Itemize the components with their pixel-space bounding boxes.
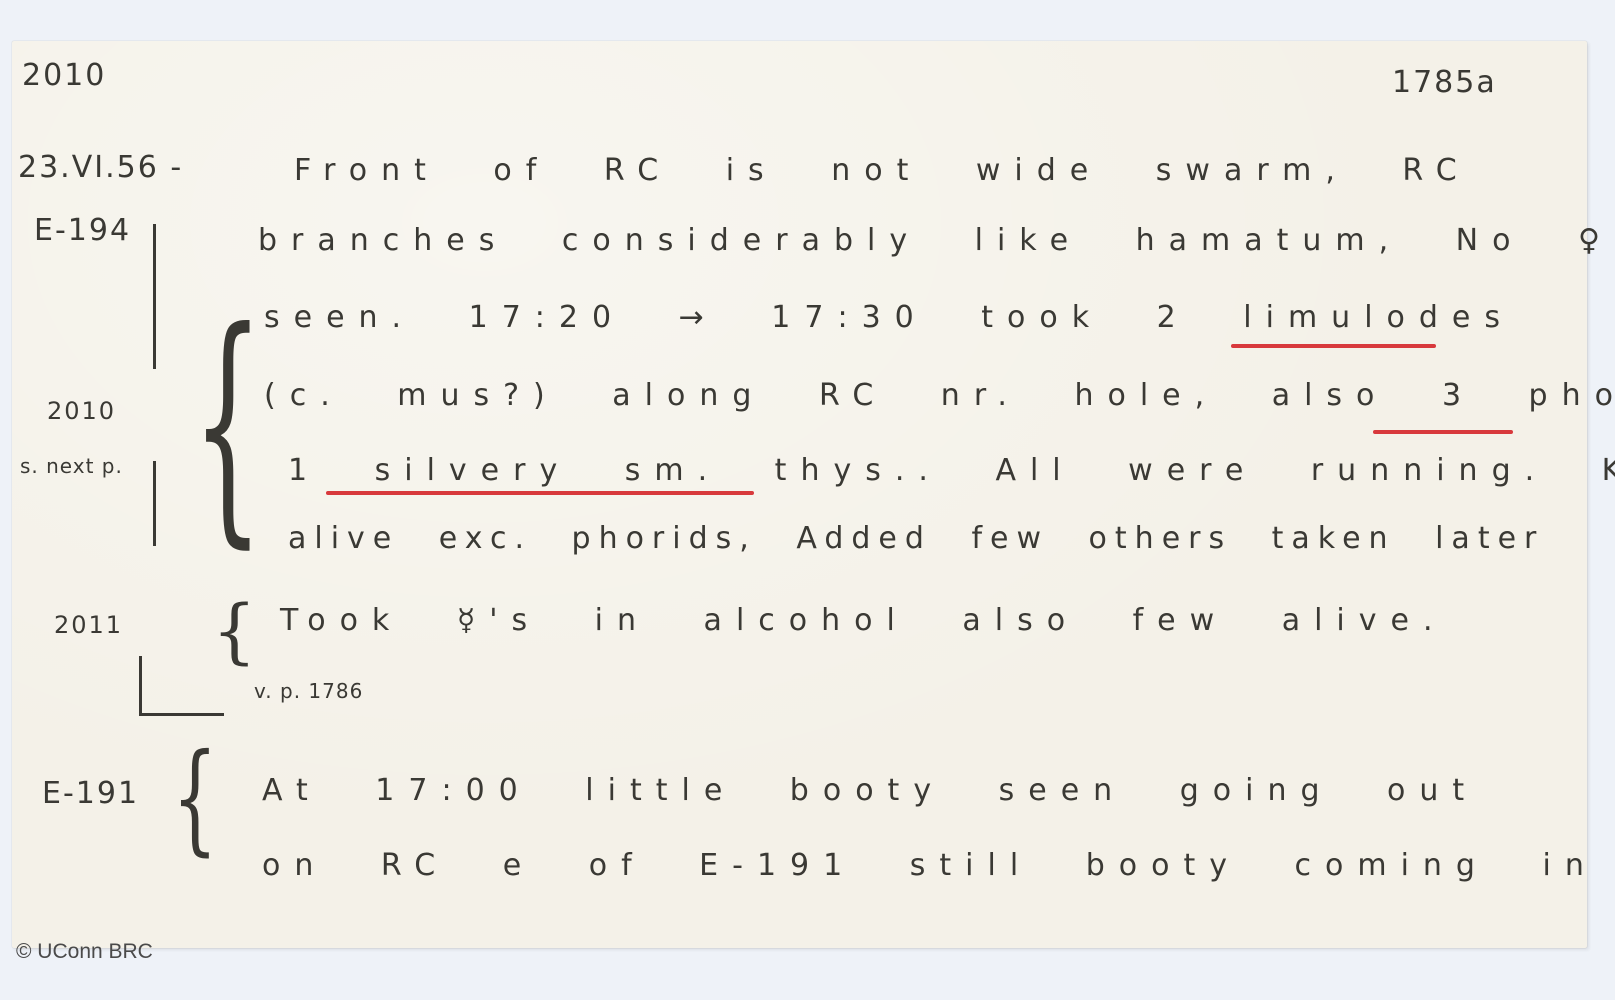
colony-label-e191: E-191 bbox=[42, 779, 139, 809]
cross-reference-note: v. p. 1786 bbox=[254, 681, 363, 701]
card-number-left: 2010 bbox=[22, 61, 106, 91]
text-line-9: on RC e of E-191 still booty coming in bbox=[262, 851, 1598, 881]
text-line-3: seen. 17:20 → 17:30 took 2 limulodes bbox=[264, 303, 1514, 333]
bracket-line-e194 bbox=[153, 224, 156, 369]
card-number-right: 1785a bbox=[1392, 68, 1497, 98]
text-line-1: Front of RC is not wide swarm, RC bbox=[294, 156, 1471, 186]
text-line-6: alive exc. phorids, Added few others tak… bbox=[288, 524, 1544, 554]
colony-label-e194: E-194 bbox=[34, 216, 131, 246]
brace-2010: { bbox=[192, 299, 264, 549]
text-line-2: branches considerably like hamatum, No ♀… bbox=[258, 226, 1615, 256]
connector-horizontal bbox=[139, 713, 224, 716]
red-underline-silvery-thys bbox=[326, 491, 754, 495]
brace-e191: { bbox=[172, 739, 218, 859]
date-note: 23.VI.56 - bbox=[18, 153, 183, 183]
connector-vertical bbox=[139, 656, 142, 716]
entry-label-2011: 2011 bbox=[54, 613, 123, 637]
index-card: 2010 1785a 23.VI.56 - Front of RC is not… bbox=[12, 41, 1587, 948]
red-underline-limulodes bbox=[1231, 344, 1436, 348]
copyright-notice: © UConn BRC bbox=[16, 940, 153, 964]
see-next-page-note: s. next p. bbox=[20, 456, 123, 476]
brace-2011: { bbox=[212, 596, 257, 666]
red-underline-phorids bbox=[1373, 430, 1513, 434]
text-line-5: 1 silvery sm. thys.. All were running. K… bbox=[288, 456, 1615, 486]
entry-label-2010: 2010 bbox=[47, 399, 116, 423]
text-line-7: Took ☿'s in alcohol also few alive. bbox=[280, 606, 1447, 636]
text-line-8: At 17:00 little booty seen going out bbox=[262, 776, 1478, 806]
bracket-line-e194-lower bbox=[153, 461, 156, 546]
text-line-4: (c. mus?) along RC nr. hole, also 3 phor… bbox=[264, 381, 1615, 411]
